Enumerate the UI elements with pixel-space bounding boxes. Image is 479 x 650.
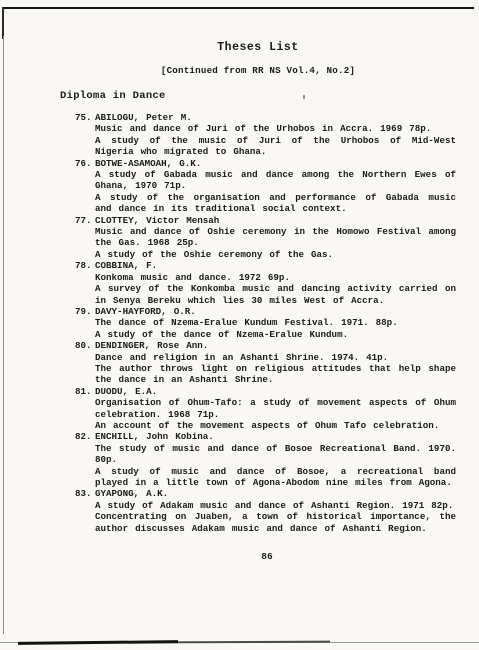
entry-number: 82. xyxy=(75,431,95,442)
entry-body: DENDINGER, Rose Ann. Dance and religion … xyxy=(95,340,456,386)
page-number: 86 xyxy=(60,551,456,562)
entry-description: A study of the Oshie ceremony of the Gas… xyxy=(95,249,456,260)
thesis-entry: 76. BOTWE-ASAMOAH, G.K. A study of Gabad… xyxy=(60,158,456,215)
scan-corner-mark xyxy=(2,7,4,39)
scanned-page: Theses List [Continued from RR NS Vol.4,… xyxy=(0,0,479,650)
entry-title: Music and dance of Juri of the Urhobos i… xyxy=(95,123,456,134)
entry-number: 80. xyxy=(75,340,95,351)
page-title: Theses List xyxy=(60,42,456,54)
entry-title: Organisation of Ohum-Tafo: a study of mo… xyxy=(95,397,456,420)
entry-author: DENDINGER, Rose Ann. xyxy=(95,340,456,351)
page-content: Theses List [Continued from RR NS Vol.4,… xyxy=(60,0,456,562)
entry-body: DAVY-HAYFORD, O.R. The dance of Nzema-Er… xyxy=(95,306,456,340)
entry-description: A study of the music of Juri of the Urho… xyxy=(95,135,456,158)
entry-title: A study of Adakam music and dance of Ash… xyxy=(95,500,456,511)
entry-author: COBBINA, F. xyxy=(95,260,456,271)
entry-title: Music and dance of Oshie ceremony in the… xyxy=(95,226,456,249)
entry-description: A survey of the Konkomba music and danci… xyxy=(95,283,456,306)
entry-number: 79. xyxy=(75,306,95,317)
entry-number: 81. xyxy=(75,386,95,397)
entry-description: Concentrating on Juaben, a town of histo… xyxy=(95,511,456,534)
page-bottom-border-thick xyxy=(18,640,178,645)
continuation-note: [Continued from RR NS Vol.4, No.2] xyxy=(60,65,456,76)
entry-title: The dance of Nzema-Eralue Kundum Festiva… xyxy=(95,317,456,328)
section-heading: Diploma in Dance xyxy=(60,91,456,102)
entry-body: ABILOGU, Peter M. Music and dance of Jur… xyxy=(95,112,456,158)
thesis-entry: 81. DUODU, E.A. Organisation of Ohum-Taf… xyxy=(60,386,456,432)
entry-description: A study of the dance of Nzema-Eralue Kun… xyxy=(95,329,456,340)
entry-title: A study of Gabada music and dance among … xyxy=(95,169,456,192)
entry-body: ENCHILL, John Kobina. The study of music… xyxy=(95,431,456,488)
entry-number: 83. xyxy=(75,488,95,499)
entry-number: 77. xyxy=(75,215,95,226)
entry-body: GYAPONG, A.K. A study of Adakam music an… xyxy=(95,488,456,534)
entry-body: COBBINA, F. Konkoma music and dance. 197… xyxy=(95,260,456,306)
thesis-entry: 77. CLOTTEY, Victor Mensah Music and dan… xyxy=(60,215,456,261)
entry-title: The study of music and dance of Bosoe Re… xyxy=(95,443,456,466)
entry-body: BOTWE-ASAMOAH, G.K. A study of Gabada mu… xyxy=(95,158,456,215)
thesis-entry: 83. GYAPONG, A.K. A study of Adakam musi… xyxy=(60,488,456,534)
entry-description: An account of the movement aspects of Oh… xyxy=(95,420,456,431)
entry-body: DUODU, E.A. Organisation of Ohum-Tafo: a… xyxy=(95,386,456,432)
entry-author: CLOTTEY, Victor Mensah xyxy=(95,215,456,226)
thesis-list: 75. ABILOGU, Peter M. Music and dance of… xyxy=(60,112,456,534)
entry-number: 76. xyxy=(75,158,95,169)
entry-description: A study of music and dance of Bosoe, a r… xyxy=(95,466,456,489)
thesis-entry: 79. DAVY-HAYFORD, O.R. The dance of Nzem… xyxy=(60,306,456,340)
thesis-entry: 75. ABILOGU, Peter M. Music and dance of… xyxy=(60,112,456,158)
entry-author: DAVY-HAYFORD, O.R. xyxy=(95,306,456,317)
entry-author: DUODU, E.A. xyxy=(95,386,456,397)
entry-number: 75. xyxy=(75,112,95,123)
entry-description: A study of the organisation and performa… xyxy=(95,192,456,215)
thesis-entry: 82. ENCHILL, John Kobina. The study of m… xyxy=(60,431,456,488)
entry-body: CLOTTEY, Victor Mensah Music and dance o… xyxy=(95,215,456,261)
page-left-border xyxy=(3,36,4,634)
thesis-entry: 80. DENDINGER, Rose Ann. Dance and relig… xyxy=(60,340,456,386)
entry-author: GYAPONG, A.K. xyxy=(95,488,456,499)
entry-title: Dance and religion in an Ashanti Shrine.… xyxy=(95,352,456,363)
thesis-entry: 78. COBBINA, F. Konkoma music and dance.… xyxy=(60,260,456,306)
entry-author: ABILOGU, Peter M. xyxy=(95,112,456,123)
entry-number: 78. xyxy=(75,260,95,271)
entry-author: BOTWE-ASAMOAH, G.K. xyxy=(95,158,456,169)
entry-title: Konkoma music and dance. 1972 69p. xyxy=(95,272,456,283)
entry-author: ENCHILL, John Kobina. xyxy=(95,431,456,442)
entry-description: The author throws light on religious att… xyxy=(95,363,456,386)
